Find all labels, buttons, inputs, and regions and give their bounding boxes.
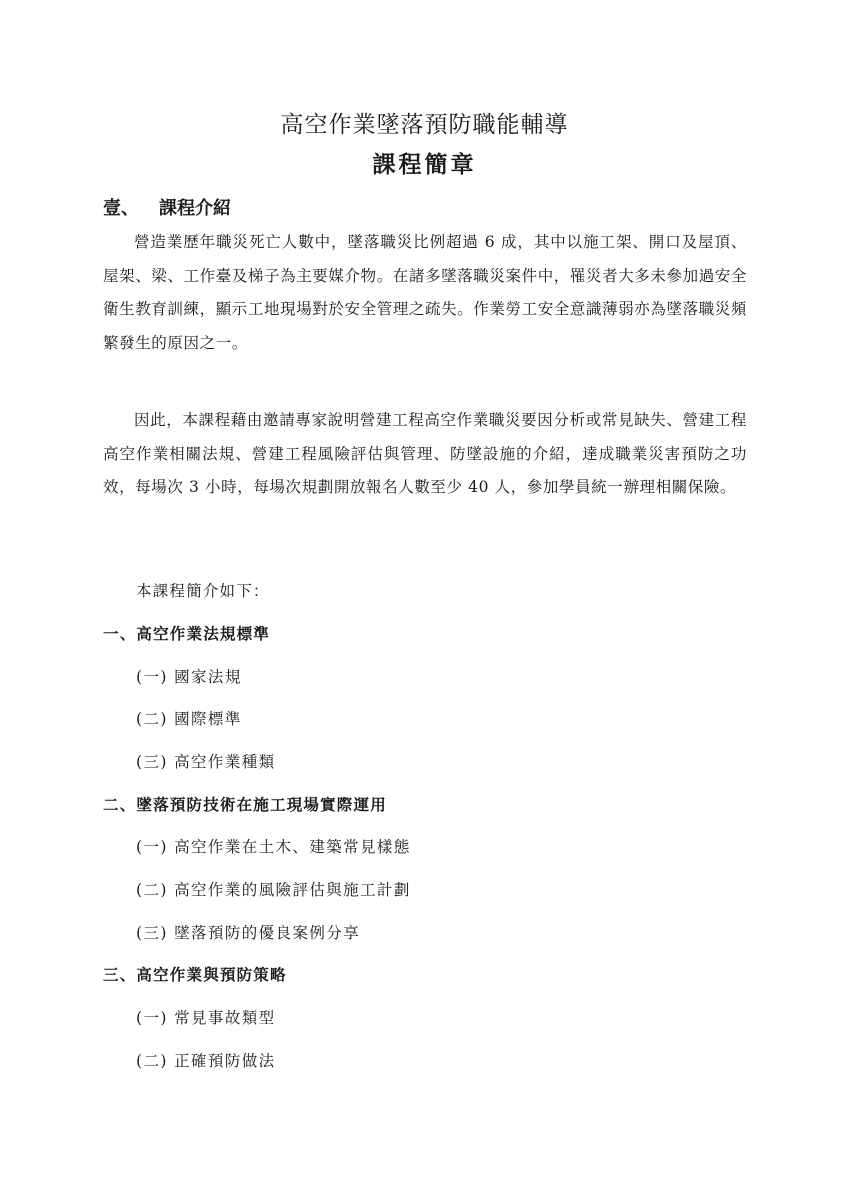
topic-1-item-2: (二) 國際標準: [136, 706, 242, 732]
topic-1-item-1: (一) 國家法規: [136, 664, 242, 690]
topic-2-item-1: (一) 高空作業在土木、建築常見樣態: [136, 834, 411, 860]
document-title: 高空作業墜落預防職能輔導: [0, 108, 849, 142]
document-subtitle: 課程簡章: [0, 148, 849, 182]
course-overview-intro: 本課程簡介如下：: [136, 578, 270, 604]
topic-3-item-2: (二) 正確預防做法: [136, 1048, 276, 1074]
section-heading: 壹、課程介紹: [103, 196, 231, 222]
intro-paragraph-1: 營造業歷年職災死亡人數中，墜落職災比例超過 6 成，其中以施工架、開口及屋頂、屋…: [103, 226, 747, 360]
intro-paragraph-2: 因此，本課程藉由邀請專家說明營建工程高空作業職災要因分析或常見缺失、營建工程高空…: [103, 404, 747, 505]
topic-3-item-1: (一) 常見事故類型: [136, 1005, 276, 1031]
topic-2-item-2: (二) 高空作業的風險評估與施工計劃: [136, 877, 411, 903]
topic-heading-3: 三、高空作業與預防策略: [103, 962, 287, 988]
section-title: 課程介紹: [159, 198, 231, 219]
document-page: 高空作業墜落預防職能輔導 課程簡章 壹、課程介紹 營造業歷年職災死亡人數中，墜落…: [0, 0, 849, 1200]
topic-heading-1: 一、高空作業法規標準: [103, 621, 270, 647]
section-number: 壹、: [103, 198, 139, 219]
topic-1-item-3: (三) 高空作業種類: [136, 749, 276, 775]
topic-2-item-3: (三) 墜落預防的優良案例分享: [136, 920, 360, 946]
topic-heading-2: 二、墜落預防技術在施工現場實際運用: [103, 792, 387, 818]
